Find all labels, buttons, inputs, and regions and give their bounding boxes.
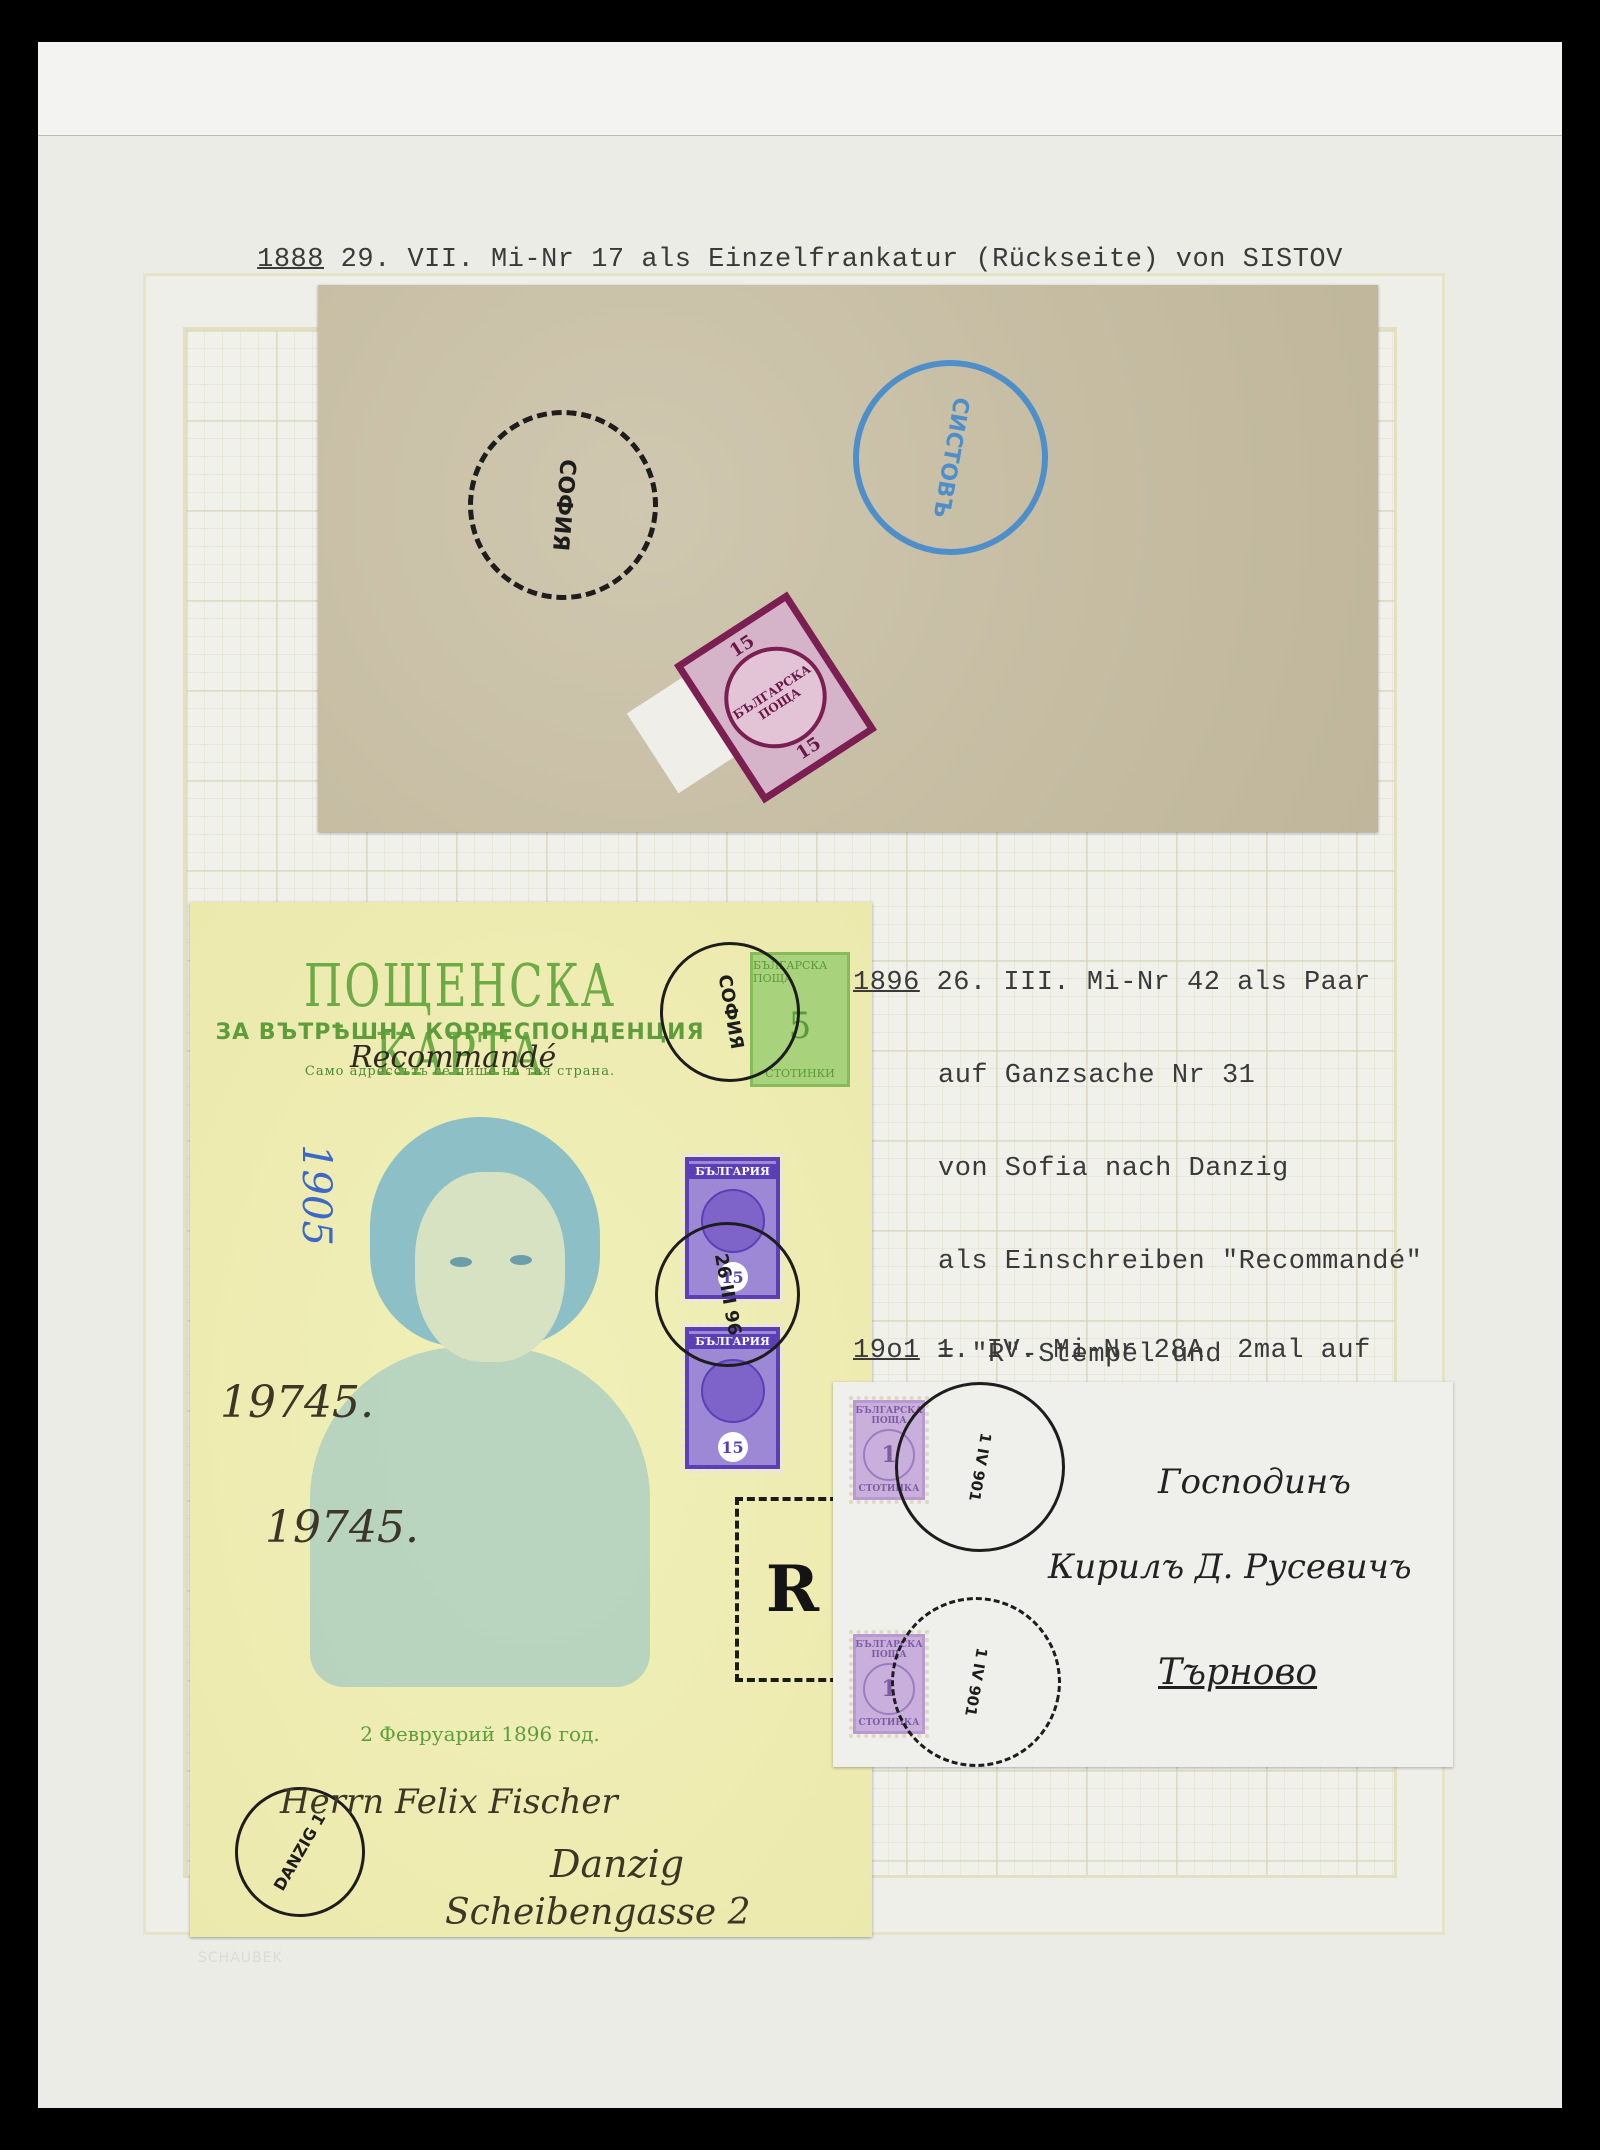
address-line-1: Herrn Felix Fischer [280, 1782, 618, 1822]
postcard-1896: ПОЩЕНСКА КАРТА ЗА ВЪТРѢШНА КОРРЕСПОНДЕНЦ… [190, 902, 872, 1937]
postmark-sofia-black: СОФИЯ [460, 402, 666, 608]
address-line-2: Danzig [550, 1842, 684, 1886]
year-1896: 1896 [853, 968, 920, 998]
album-brand-imprint: SCHAUBEK [198, 1950, 283, 1966]
handwriting-blue-number: 1905 [293, 1144, 339, 1246]
album-page: 1888 29. VII. Mi-Nr 17 als Einzelfrankat… [38, 42, 1562, 2108]
handwriting-number-2: 19745. [265, 1502, 419, 1553]
postmark-sofia-2: 26 III 96 [644, 1211, 812, 1379]
cover-1901-address-1: Господинъ [1158, 1462, 1351, 1502]
cover-1901-address-2: Кирилъ Д. Русевичъ [1048, 1547, 1412, 1587]
handwriting-number-1: 19745. [220, 1377, 374, 1428]
address-line-3: Scheibengasse 2 [445, 1892, 750, 1933]
page-top-strip [38, 42, 1562, 136]
postmark-pazardjik-1: 1 IV 901 [882, 1369, 1079, 1566]
cover-1901-address-3: Търново [1158, 1652, 1317, 1693]
heading-line-1: 1888 29. VII. Mi-Nr 17 als Einzelfrankat… [38, 245, 1562, 276]
postmark-pazardjik-2: 1 IV 901 [878, 1584, 1075, 1781]
cover-1888: СОФИЯ СИСТОВЪ 15 БЪЛГАРСКА ПОЩА 15 [318, 285, 1378, 832]
heading-year: 1888 [257, 245, 324, 275]
cover-1901: БЪЛГАРСКА ПОЩА 1 СТОТИНКА БЪЛГАРСКА ПОЩА… [833, 1382, 1453, 1767]
postcard-footer-date: 2 Февруарий 1896 год. [300, 1722, 660, 1746]
postmark-sistov-blue: СИСТОВЪ [838, 345, 1064, 571]
postcard-note: Само адрессътъ се пише на тая страна. [250, 1064, 670, 1079]
year-1901: 19o1 [853, 1336, 920, 1366]
